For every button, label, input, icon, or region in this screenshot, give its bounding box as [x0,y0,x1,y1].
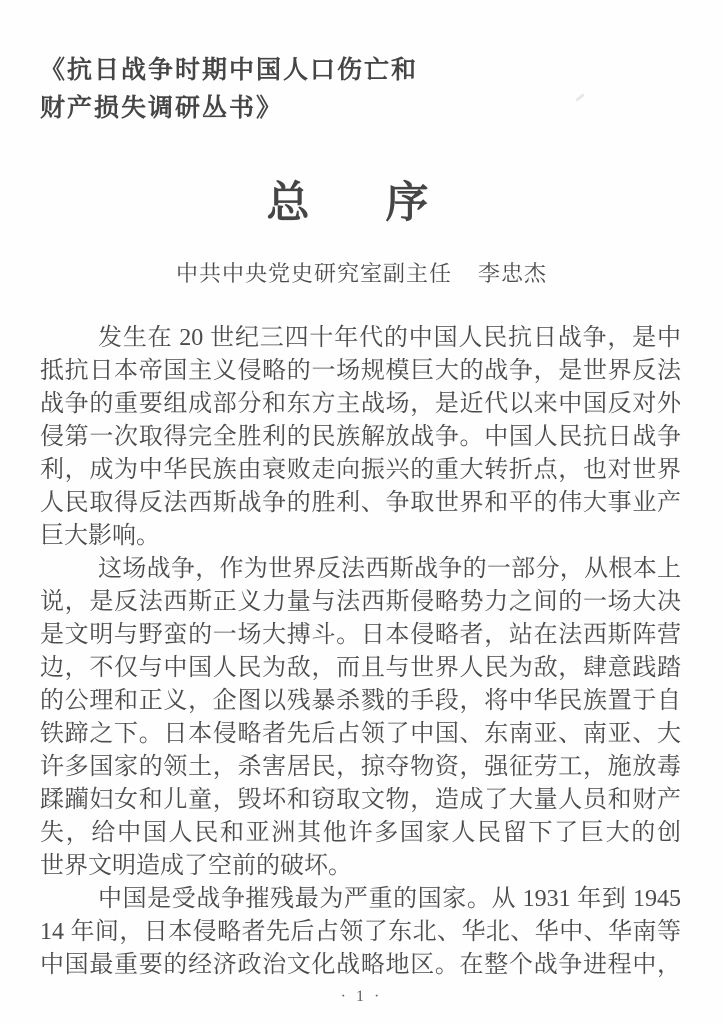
body-line: 14 年间，日本侵略者先后占领了东北、华北、华中、华南等大片 [40,916,681,949]
body-line: 边，不仅与中国人民为敌，而且与世界人民为敌，肆意践踏人类 [40,652,681,685]
body-line: 中国是受战争摧残最为严重的国家。从 1931 年到 1945 年的 [40,883,681,916]
scan-artifact [575,93,585,102]
byline: 中共中央党史研究室副主任李忠杰 [0,261,723,287]
page-number: · 1 · [0,988,723,1006]
body-text: 发生在 20 世纪三四十年代的中国人民抗日战争，是中华民族抵抗日本帝国主义侵略的… [40,322,681,982]
body-line: 利，成为中华民族由衰败走向振兴的重大转折点，也对世界各国 [40,454,681,487]
page-title-char2: 序 [386,180,429,227]
body-line: 巨大影响。 [40,520,681,553]
document-page: 《抗日战争时期中国人口伤亡和 财产损失调研丛书》 总序 中共中央党史研究室副主任… [0,0,723,1024]
body-line: 蹂躏妇女和儿童，毁坏和窃取文物，造成了大量人员和财产的损 [40,784,681,817]
body-line: 发生在 20 世纪三四十年代的中国人民抗日战争，是中华民族 [40,322,681,355]
body-line: 许多国家的领土，杀害居民，掠夺物资，强征劳工，施放毒气， [40,751,681,784]
body-line: 世界文明造成了空前的破坏。 [40,850,681,883]
body-line: 中国最重要的经济政治文化战略地区。在整个战争进程中，日军 [40,949,681,982]
body-line: 铁蹄之下。日本侵略者先后占领了中国、东南亚、南亚、大洋洲 [40,718,681,751]
body-line: 战争的重要组成部分和东方主战场，是近代以来中国反对外敌入 [40,388,681,421]
byline-author: 李忠杰 [478,261,547,286]
body-line: 说，是反法西斯正义力量与法西斯侵略势力之间的一场大决战， [40,586,681,619]
series-title: 《抗日战争时期中国人口伤亡和 财产损失调研丛书》 [40,52,418,128]
series-title-line2: 财产损失调研丛书》 [40,90,418,128]
body-line: 这场战争，作为世界反法西斯战争的一部分，从根本上来 [40,553,681,586]
byline-affiliation: 中共中央党史研究室副主任 [176,261,452,286]
body-line: 人民取得反法西斯战争的胜利、争取世界和平的伟大事业产生了 [40,487,681,520]
body-line: 是文明与野蛮的一场大搏斗。日本侵略者，站在法西斯阵营一 [40,619,681,652]
page-title-char1: 总 [267,180,310,227]
body-line: 抵抗日本帝国主义侵略的一场规模巨大的战争，是世界反法西斯 [40,355,681,388]
body-line: 的公理和正义，企图以残暴杀戮的手段，将中华民族置于自己的 [40,685,681,718]
page-title: 总序 [0,180,709,227]
body-line: 侵第一次取得完全胜利的民族解放战争。中国人民抗日战争的胜 [40,421,681,454]
body-line: 失，给中国人民和亚洲其他许多国家人民留下了巨大的创伤，给 [40,817,681,850]
series-title-line1: 《抗日战争时期中国人口伤亡和 [40,52,418,90]
